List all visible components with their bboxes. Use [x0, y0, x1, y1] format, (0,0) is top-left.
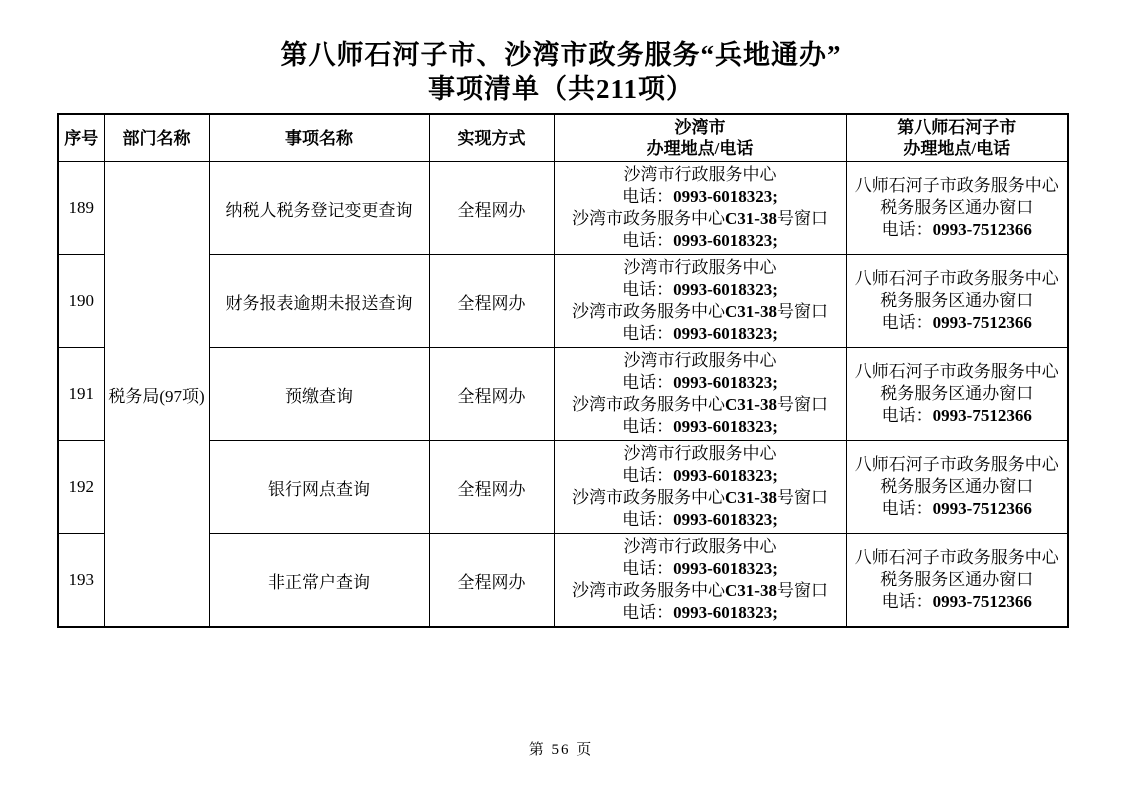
- page-number: 第 56 页: [0, 738, 1122, 759]
- col-header-shawan: 沙湾市 办理地点/电话: [554, 114, 846, 162]
- method-cell: 全程网办: [429, 255, 554, 348]
- shihezi-office-cell: 八师石河子市政务服务中心 税务服务区通办窗口 电话：0993-7512366: [846, 534, 1068, 628]
- col-header-shawan-line2: 办理地点/电话: [557, 138, 844, 159]
- row-number: 189: [58, 162, 104, 255]
- title-line-2: 事项清单（共211项）: [0, 72, 1122, 106]
- item-name-cell: 银行网点查询: [209, 441, 429, 534]
- shawan-office-cell: 沙湾市行政服务中心 电话：0993-6018323; 沙湾市政务服务中心C31-…: [554, 255, 846, 348]
- item-name-cell: 财务报表逾期未报送查询: [209, 255, 429, 348]
- office-line: 八师石河子市政务服务中心: [849, 547, 1066, 569]
- col-header-no: 序号: [58, 114, 104, 162]
- document-page: 第八师石河子市、沙湾市政务服务“兵地通办” 事项清单（共211项） 序号 部门名…: [0, 0, 1122, 793]
- office-line: 沙湾市行政服务中心: [557, 443, 844, 465]
- office-line: 沙湾市政务服务中心C31-38号窗口: [557, 208, 844, 230]
- col-header-shawan-line1: 沙湾市: [557, 117, 844, 138]
- shihezi-office-cell: 八师石河子市政务服务中心 税务服务区通办窗口 电话：0993-7512366: [846, 162, 1068, 255]
- office-line: 沙湾市政务服务中心C31-38号窗口: [557, 487, 844, 509]
- office-line: 八师石河子市政务服务中心: [849, 268, 1066, 290]
- office-phone-line: 电话：0993-6018323;: [557, 323, 844, 345]
- office-phone-line: 电话：0993-7512366: [849, 312, 1066, 334]
- col-header-shihezi: 第八师石河子市 办理地点/电话: [846, 114, 1068, 162]
- col-header-shihezi-line1: 第八师石河子市: [849, 117, 1066, 138]
- office-phone-line: 电话：0993-6018323;: [557, 230, 844, 252]
- row-number: 192: [58, 441, 104, 534]
- method-cell: 全程网办: [429, 441, 554, 534]
- office-line: 税务服务区通办窗口: [849, 383, 1066, 405]
- col-header-department: 部门名称: [104, 114, 209, 162]
- office-phone-line: 电话：0993-6018323;: [557, 372, 844, 394]
- office-line: 税务服务区通办窗口: [849, 290, 1066, 312]
- shawan-office-cell: 沙湾市行政服务中心 电话：0993-6018323; 沙湾市政务服务中心C31-…: [554, 162, 846, 255]
- office-line: 税务服务区通办窗口: [849, 197, 1066, 219]
- row-number: 190: [58, 255, 104, 348]
- office-line: 沙湾市行政服务中心: [557, 164, 844, 186]
- method-cell: 全程网办: [429, 534, 554, 628]
- office-line: 税务服务区通办窗口: [849, 476, 1066, 498]
- office-line: 沙湾市行政服务中心: [557, 257, 844, 279]
- shihezi-office-cell: 八师石河子市政务服务中心 税务服务区通办窗口 电话：0993-7512366: [846, 348, 1068, 441]
- office-line: 八师石河子市政务服务中心: [849, 454, 1066, 476]
- item-name-cell: 纳税人税务登记变更查询: [209, 162, 429, 255]
- table-row: 189 税务局(97项) 纳税人税务登记变更查询 全程网办 沙湾市行政服务中心 …: [58, 162, 1068, 255]
- office-line: 税务服务区通办窗口: [849, 569, 1066, 591]
- item-name-cell: 预缴查询: [209, 348, 429, 441]
- office-phone-line: 电话：0993-7512366: [849, 498, 1066, 520]
- shawan-office-cell: 沙湾市行政服务中心 电话：0993-6018323; 沙湾市政务服务中心C31-…: [554, 348, 846, 441]
- office-line: 八师石河子市政务服务中心: [849, 361, 1066, 383]
- office-phone-line: 电话：0993-6018323;: [557, 509, 844, 531]
- office-phone-line: 电话：0993-6018323;: [557, 558, 844, 580]
- office-phone-line: 电话：0993-6018323;: [557, 279, 844, 301]
- office-line: 沙湾市政务服务中心C31-38号窗口: [557, 580, 844, 602]
- office-phone-line: 电话：0993-6018323;: [557, 465, 844, 487]
- service-items-table: 序号 部门名称 事项名称 实现方式 沙湾市 办理地点/电话 第八师石河子市 办理…: [57, 113, 1069, 628]
- method-cell: 全程网办: [429, 348, 554, 441]
- office-phone-line: 电话：0993-7512366: [849, 591, 1066, 613]
- document-title: 第八师石河子市、沙湾市政务服务“兵地通办” 事项清单（共211项）: [0, 38, 1122, 106]
- item-name-cell: 非正常户查询: [209, 534, 429, 628]
- col-header-shihezi-line2: 办理地点/电话: [849, 138, 1066, 159]
- col-header-item: 事项名称: [209, 114, 429, 162]
- table-row: 191 预缴查询 全程网办 沙湾市行政服务中心 电话：0993-6018323;…: [58, 348, 1068, 441]
- shihezi-office-cell: 八师石河子市政务服务中心 税务服务区通办窗口 电话：0993-7512366: [846, 255, 1068, 348]
- table-row: 193 非正常户查询 全程网办 沙湾市行政服务中心 电话：0993-601832…: [58, 534, 1068, 628]
- department-cell: 税务局(97项): [104, 162, 209, 628]
- method-cell: 全程网办: [429, 162, 554, 255]
- table-row: 192 银行网点查询 全程网办 沙湾市行政服务中心 电话：0993-601832…: [58, 441, 1068, 534]
- office-phone-line: 电话：0993-7512366: [849, 405, 1066, 427]
- office-phone-line: 电话：0993-6018323;: [557, 416, 844, 438]
- office-phone-line: 电话：0993-6018323;: [557, 602, 844, 624]
- office-line: 八师石河子市政务服务中心: [849, 175, 1066, 197]
- row-number: 191: [58, 348, 104, 441]
- office-line: 沙湾市政务服务中心C31-38号窗口: [557, 301, 844, 323]
- title-line-1: 第八师石河子市、沙湾市政务服务“兵地通办”: [0, 38, 1122, 72]
- office-line: 沙湾市行政服务中心: [557, 350, 844, 372]
- office-line: 沙湾市行政服务中心: [557, 536, 844, 558]
- shihezi-office-cell: 八师石河子市政务服务中心 税务服务区通办窗口 电话：0993-7512366: [846, 441, 1068, 534]
- col-header-method: 实现方式: [429, 114, 554, 162]
- office-phone-line: 电话：0993-7512366: [849, 219, 1066, 241]
- office-line: 沙湾市政务服务中心C31-38号窗口: [557, 394, 844, 416]
- table-header-row: 序号 部门名称 事项名称 实现方式 沙湾市 办理地点/电话 第八师石河子市 办理…: [58, 114, 1068, 162]
- shawan-office-cell: 沙湾市行政服务中心 电话：0993-6018323; 沙湾市政务服务中心C31-…: [554, 534, 846, 628]
- row-number: 193: [58, 534, 104, 628]
- shawan-office-cell: 沙湾市行政服务中心 电话：0993-6018323; 沙湾市政务服务中心C31-…: [554, 441, 846, 534]
- office-phone-line: 电话：0993-6018323;: [557, 186, 844, 208]
- table-row: 190 财务报表逾期未报送查询 全程网办 沙湾市行政服务中心 电话：0993-6…: [58, 255, 1068, 348]
